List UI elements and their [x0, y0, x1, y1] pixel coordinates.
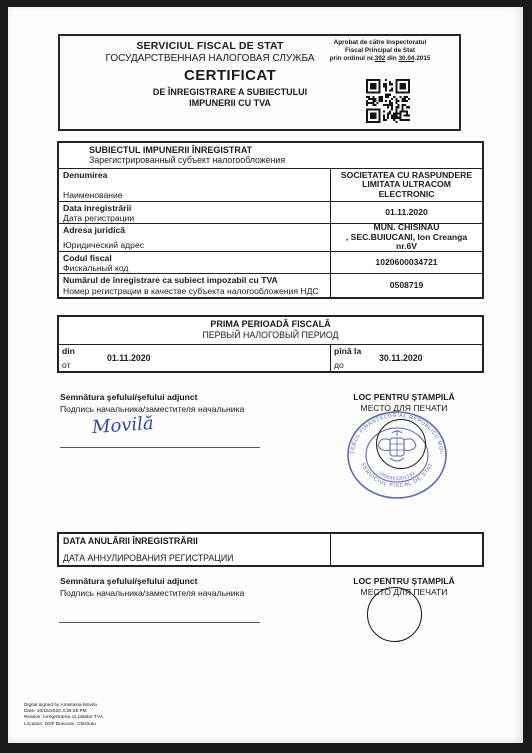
header-box: SERVICIUL FISCAL DE STAT ГОСУДАРСТВЕННАЯ…: [58, 34, 461, 131]
stamp-label-ro: LOC PENTRU ŞTAMPILĂ: [330, 576, 478, 586]
digital-signature-line: Reason: Inregistrarea ca platitor TVA: [24, 714, 103, 720]
page-title: CERTIFICAT: [90, 67, 370, 84]
row-label-ro: Numărul de înregistrare ca subiect impoz…: [63, 275, 326, 285]
row-label-ru: Дата регистрации: [63, 213, 326, 223]
row-label-ru: Номер регистрации в качестве субъекта на…: [63, 286, 326, 296]
digital-signature-note: Digital signed by Anastasia Movila Date:…: [24, 702, 103, 727]
certificate-scan: SERVICIUL FISCAL DE STAT ГОСУДАРСТВЕННАЯ…: [0, 0, 532, 753]
table-row: Data înregistrării Дата регистрации 01.1…: [59, 202, 482, 224]
row-value: 1020600034721: [331, 252, 482, 273]
signature-block-1: Semnătura şefului/şefului adjunct Подпис…: [60, 392, 244, 414]
fiscal-period-header: PRIMA PERIOADĂ FISCALĂ ПЕРВЫЙ НАЛОГОВЫЙ …: [59, 317, 482, 345]
row-value: MUN. CHISINAU , SEC.BUIUCANI, Ion Creang…: [331, 224, 482, 251]
row-value: SOCIETATEA CU RASPUNDERE LIMITATA ULTRAC…: [331, 169, 482, 201]
page-subtitle: DE ÎNREGISTRARE A SUBIECTULUI IMPUNERII …: [90, 87, 370, 108]
approval-line-1: Aprobat de către Inspectoratul: [305, 39, 455, 47]
subject-table-title-ru: Зарегистрированный субъект налогообложен…: [89, 155, 478, 165]
fiscal-period-title-ru: ПЕРВЫЙ НАЛОГОВЫЙ ПЕРИОД: [59, 330, 482, 340]
row-value: 0508719: [331, 274, 482, 297]
row-label-ro: Data înregistrării: [63, 203, 326, 213]
subject-table-header: SUBIECTUL IMPUNERII ÎNREGISTRAT Зарегист…: [59, 143, 482, 169]
row-label-ru: Юридический адрес: [63, 240, 326, 250]
signature-block-2: Semnătura şefului/şefului adjunct Подпис…: [60, 576, 244, 598]
handwritten-signature: Movilă: [91, 413, 154, 438]
approval-order-number: 392: [375, 55, 386, 62]
table-row: Numărul de înregistrare ca subiect impoz…: [59, 274, 482, 297]
signature-line: [59, 622, 260, 623]
approval-line-3: prin ordinul nr.392 din 30.04.2015: [305, 55, 455, 63]
fiscal-period-row: din от 01.11.2020 pînă la до 30.11.2020: [59, 345, 482, 371]
subject-table: SUBIECTUL IMPUNERII ÎNREGISTRAT Зарегист…: [57, 141, 484, 299]
document-title-block: CERTIFICAT DE ÎNREGISTRARE A SUBIECTULUI…: [90, 67, 370, 108]
approval-note: Aprobat de către Inspectoratul Fiscal Pr…: [305, 39, 455, 62]
from-label-ru: от: [62, 360, 75, 370]
stamp-circle-outline-2: [367, 587, 422, 642]
from-label-ro: din: [62, 346, 75, 356]
signature-label-ro: Semnătura şefului/şefului adjunct: [60, 576, 244, 586]
period-to-value: 30.11.2020: [379, 345, 423, 371]
stamp-circle-outline-1: [376, 419, 426, 469]
row-value: 01.11.2020: [331, 202, 482, 223]
to-label-ru: до: [334, 360, 361, 370]
to-label-ro: pînă la: [334, 346, 361, 356]
row-label-ro: Codul fiscal: [63, 253, 326, 263]
row-label-ro: Adresa juridică: [63, 225, 326, 235]
row-label-ro: Denumirea: [63, 170, 326, 180]
fiscal-period-box: PRIMA PERIOADĂ FISCALĂ ПЕРВЫЙ НАЛОГОВЫЙ …: [57, 315, 484, 373]
period-to-cell: pînă la до 30.11.2020: [331, 345, 482, 371]
subject-table-title-ro: SUBIECTUL IMPUNERII ÎNREGISTRAT: [89, 145, 478, 155]
digital-signature-line: Location: DDF Buiucani, Chisinau: [24, 721, 103, 727]
cancellation-value: [331, 534, 482, 565]
signature-label-ro: Semnătura şefului/şefului adjunct: [60, 392, 244, 402]
row-label-ru: Фискальный код: [63, 263, 326, 273]
approval-line-2: Fiscal Principal de Stat: [305, 47, 455, 55]
period-from-value: 01.11.2020: [107, 345, 151, 371]
svg-text:1006601001182: 1006601001182: [377, 471, 416, 483]
signature-line: [60, 447, 260, 448]
paper-sheet: SERVICIUL FISCAL DE STAT ГОСУДАРСТВЕННАЯ…: [8, 7, 523, 743]
row-label-ru: Наименование: [63, 190, 326, 200]
qr-code-icon: [366, 79, 410, 123]
fiscal-period-title-ro: PRIMA PERIOADĂ FISCALĂ: [59, 319, 482, 329]
cancellation-label-ru: ДАТА АННУЛИРОВАНИЯ РЕГИСТРАЦИИ: [63, 553, 326, 563]
table-row: Denumirea Наименование SOCIETATEA CU RAS…: [59, 169, 482, 202]
stamp-idno-text: 1006601001182: [377, 471, 416, 483]
stamp-label-ro: LOC PENTRU ŞTAMPILĂ: [330, 392, 478, 402]
approval-order-date: 30.04: [398, 55, 414, 62]
period-from-cell: din от 01.11.2020: [59, 345, 331, 371]
table-row: Adresa juridică Юридический адрес MUN. C…: [59, 224, 482, 252]
cancellation-label-ro: DATA ANULĂRII ÎNREGISTRĂRII: [63, 536, 326, 546]
signature-label-ru: Подпись начальника/заместителя начальник…: [60, 588, 244, 598]
cancellation-box: DATA ANULĂRII ÎNREGISTRĂRII ДАТА АННУЛИР…: [57, 532, 484, 567]
table-row: Codul fiscal Фискальный код 102060003472…: [59, 252, 482, 274]
